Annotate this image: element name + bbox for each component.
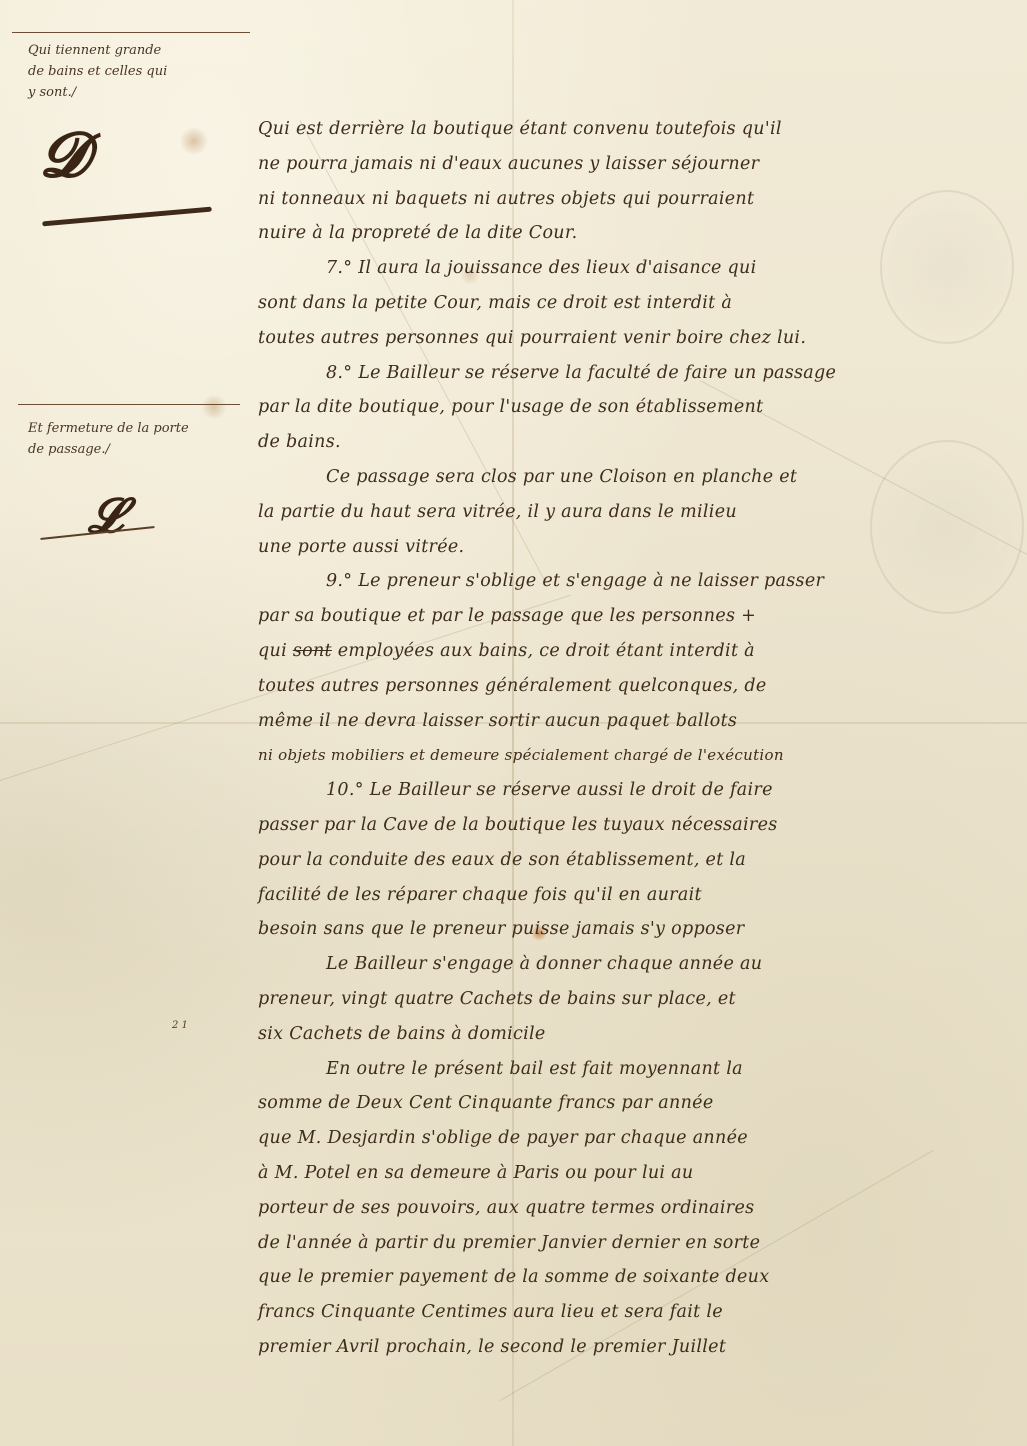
text-line: preneur, vingt quatre Cachets de bains s… bbox=[258, 982, 1026, 1017]
text-line-with-strikethrough: qui sont employées aux bains, ce droit é… bbox=[258, 634, 1026, 669]
text-line: passer par la Cave de la boutique les tu… bbox=[258, 808, 1026, 843]
article-10: 10.° Le Bailleur se réserve aussi le dro… bbox=[258, 773, 1026, 808]
text-line: nuire à la propreté de la dite Cour. bbox=[258, 216, 1026, 251]
margin-rule bbox=[12, 32, 250, 33]
margin-note-line: Qui tiennent grande bbox=[28, 40, 258, 61]
text-line: que M. Desjardin s'oblige de payer par c… bbox=[258, 1121, 1026, 1156]
text-line: premier Avril prochain, le second le pre… bbox=[258, 1330, 1026, 1365]
text-line: à M. Potel en sa demeure à Paris ou pour… bbox=[258, 1156, 1026, 1191]
margin-note-line: de bains et celles qui bbox=[28, 61, 258, 82]
text-line: six Cachets de bains à domicile bbox=[258, 1017, 1026, 1052]
text-line: pour la conduite des eaux de son établis… bbox=[258, 843, 1026, 878]
text-line: toutes autres personnes généralement que… bbox=[258, 669, 1026, 704]
article-9: 9.° Le preneur s'oblige et s'engage à ne… bbox=[258, 564, 1026, 599]
text-line: de l'année à partir du premier Janvier d… bbox=[258, 1226, 1026, 1261]
paraph-underline bbox=[42, 207, 212, 227]
stray-mark: 2 1 bbox=[172, 1020, 188, 1031]
struck-word: sont bbox=[293, 641, 332, 661]
text-line: sont dans la petite Cour, mais ce droit … bbox=[258, 286, 1026, 321]
paraph-initials: 𝓓 bbox=[40, 118, 88, 192]
manuscript-body: Qui est derrière la boutique étant conve… bbox=[258, 112, 1026, 1365]
text-line: même il ne devra laisser sortir aucun pa… bbox=[258, 704, 1026, 739]
text-line: facilité de les réparer chaque fois qu'i… bbox=[258, 878, 1026, 913]
margin-note-1: Qui tiennent grande de bains et celles q… bbox=[28, 40, 258, 103]
text-line: de bains. bbox=[258, 425, 1026, 460]
margin-note-line: y sont./ bbox=[28, 82, 258, 103]
text-line: porteur de ses pouvoirs, aux quatre term… bbox=[258, 1191, 1026, 1226]
ink-stain bbox=[178, 128, 210, 154]
text-line: par la dite boutique, pour l'usage de so… bbox=[258, 390, 1026, 425]
text-line: ni tonneaux ni baquets ni autres objets … bbox=[258, 182, 1026, 217]
text-line: toutes autres personnes qui pourraient v… bbox=[258, 321, 1026, 356]
text-line: besoin sans que le preneur puisse jamais… bbox=[258, 912, 1026, 947]
text-line: une porte aussi vitrée. bbox=[258, 530, 1026, 565]
text-line: ne pourra jamais ni d'eaux aucunes y lai… bbox=[258, 147, 1026, 182]
text-line: Qui est derrière la boutique étant conve… bbox=[258, 112, 1026, 147]
margin-note-2: Et fermeture de la porte de passage./ bbox=[28, 418, 258, 460]
margin-note-line: Et fermeture de la porte bbox=[28, 418, 258, 439]
margin-rule bbox=[18, 404, 240, 405]
text-line: Ce passage sera clos par une Cloison en … bbox=[258, 460, 1026, 495]
text-line: En outre le présent bail est fait moyenn… bbox=[258, 1052, 1026, 1087]
paraph-initials: 𝓛 bbox=[88, 488, 123, 545]
text-line: Le Bailleur s'engage à donner chaque ann… bbox=[258, 947, 1026, 982]
margin-note-line: de passage./ bbox=[28, 439, 258, 460]
article-8: 8.° Le Bailleur se réserve la faculté de… bbox=[258, 356, 1026, 391]
ink-stain bbox=[200, 395, 228, 419]
text-line: par sa boutique et par le passage que le… bbox=[258, 599, 1026, 634]
manuscript-page: Qui tiennent grande de bains et celles q… bbox=[0, 0, 1027, 1446]
text-line: francs Cinquante Centimes aura lieu et s… bbox=[258, 1295, 1026, 1330]
text-line: que le premier payement de la somme de s… bbox=[258, 1260, 1026, 1295]
text-line: ni objets mobiliers et demeure spécialem… bbox=[258, 738, 1026, 773]
article-7: 7.° Il aura la jouissance des lieux d'ai… bbox=[258, 251, 1026, 286]
text-line: la partie du haut sera vitrée, il y aura… bbox=[258, 495, 1026, 530]
text-line: somme de Deux Cent Cinquante francs par … bbox=[258, 1086, 1026, 1121]
